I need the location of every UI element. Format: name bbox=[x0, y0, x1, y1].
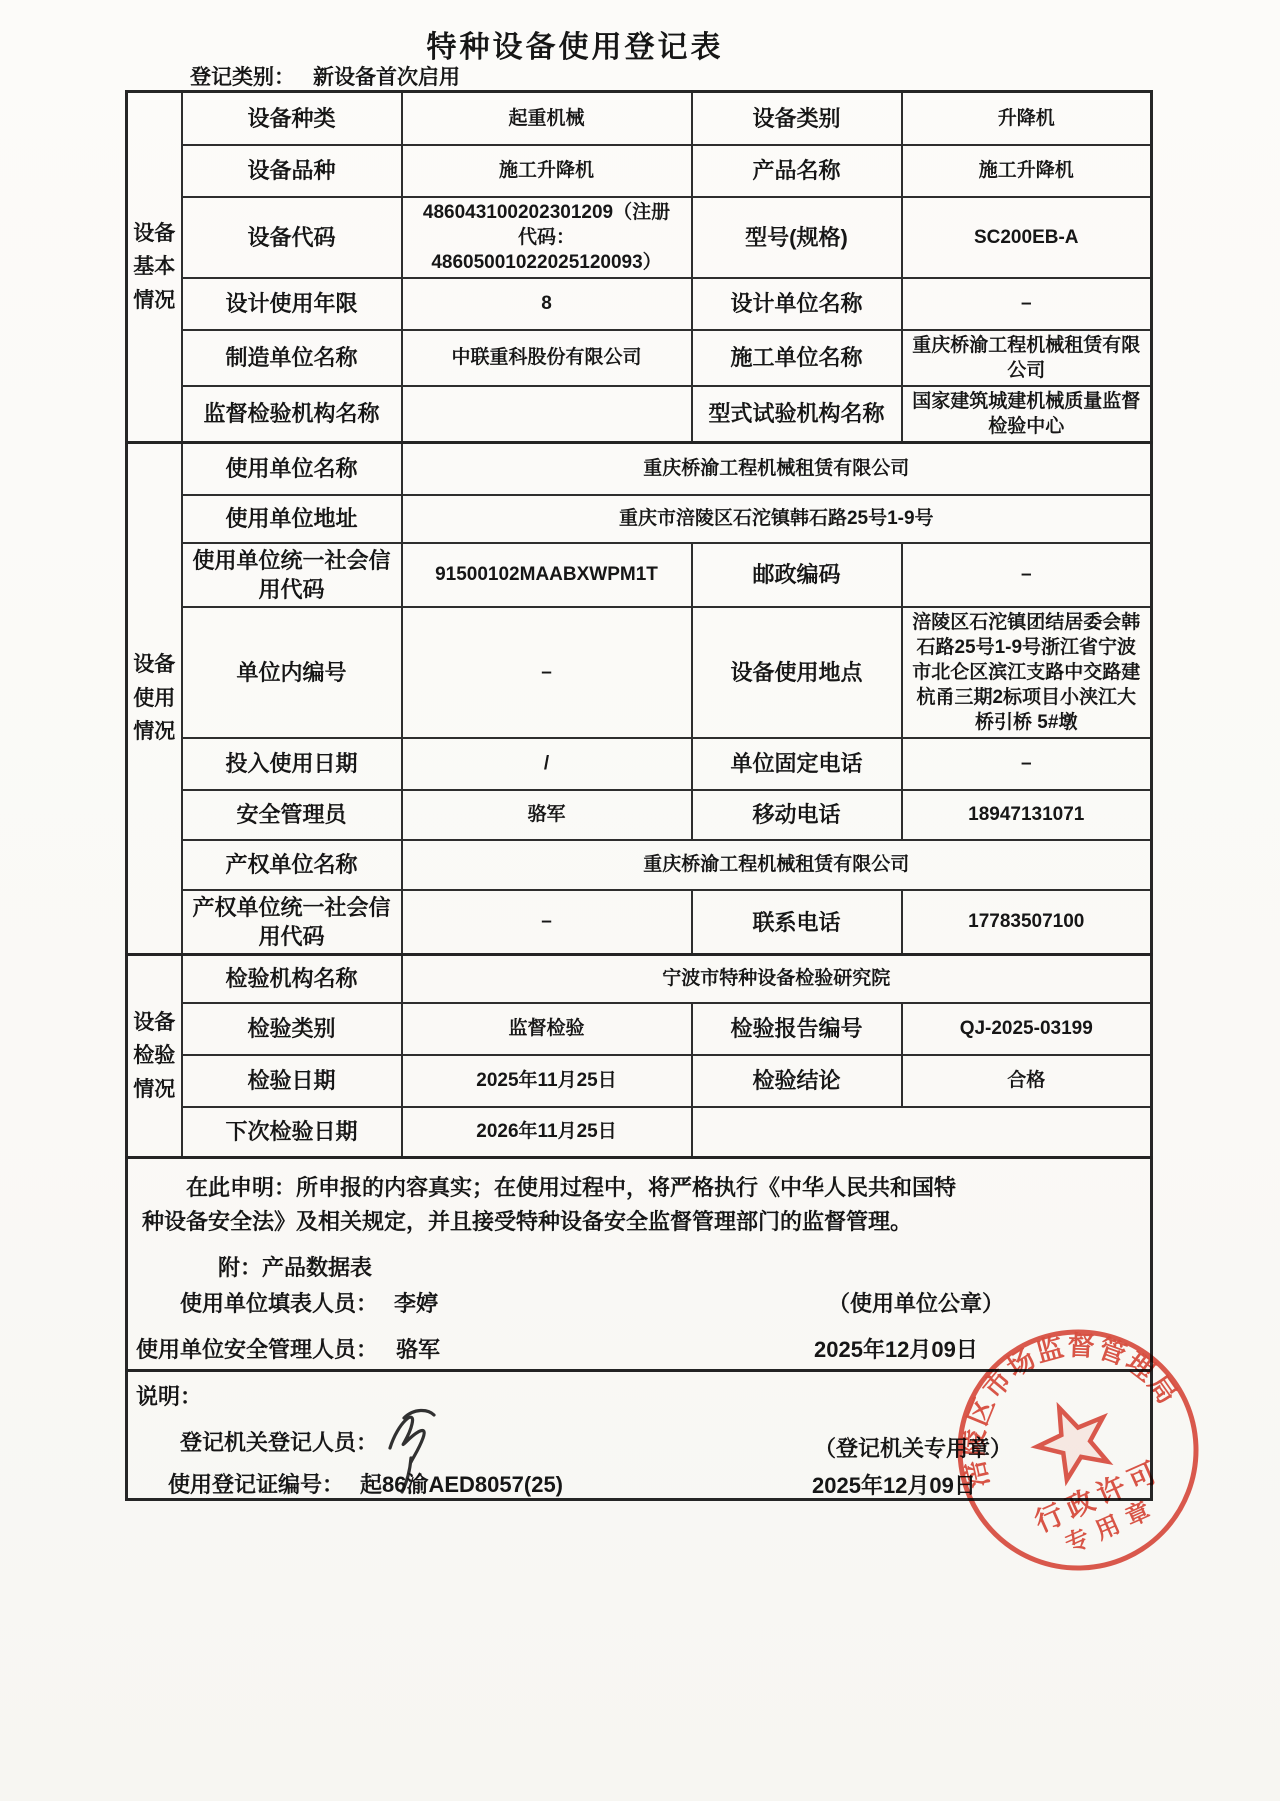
value-postal-code: – bbox=[902, 543, 1152, 607]
label-inspection-type: 检验类别 bbox=[182, 1003, 402, 1055]
label-manufacturer: 制造单位名称 bbox=[182, 330, 402, 386]
value-design-unit: – bbox=[902, 278, 1152, 330]
scanned-registration-form: { "page": { "title": "特种设备使用登记表", "reg_t… bbox=[0, 0, 1280, 1801]
user-unit-seal-note: （使用单位公章） bbox=[828, 1289, 1004, 1318]
note-label: 说明： bbox=[136, 1382, 202, 1411]
label-commissioning-date: 投入使用日期 bbox=[182, 738, 402, 790]
label-landline-phone: 单位固定电话 bbox=[692, 738, 902, 790]
label-user-unit-address: 使用单位地址 bbox=[182, 495, 402, 543]
value-manufacturer: 中联重科股份有限公司 bbox=[402, 330, 692, 386]
label-equipment-variety: 设备品种 bbox=[182, 145, 402, 197]
label-mobile-phone: 移动电话 bbox=[692, 790, 902, 840]
value-inspection-conclusion: 合格 bbox=[902, 1055, 1152, 1107]
section-label-basic-info: 设备基本情况 bbox=[127, 92, 182, 443]
section-label-usage-info: 设备使用情况 bbox=[127, 443, 182, 955]
stamp-star-icon bbox=[1026, 1393, 1120, 1485]
value-user-credit-code: 91500102MAABXWPM1T bbox=[402, 543, 692, 607]
value-contact-phone: 17783507100 bbox=[902, 890, 1152, 955]
value-product-name: 施工升降机 bbox=[902, 145, 1152, 197]
value-usage-location: 涪陵区石沱镇团结居委会韩 石路25号1-9号浙江省宁波 市北仑区滨江支路中交路建… bbox=[902, 607, 1152, 738]
page-title: 特种设备使用登记表 bbox=[0, 22, 1150, 66]
value-owner-unit-name: 重庆桥渝工程机械租赁有限公司 bbox=[402, 840, 1152, 890]
label-user-unit-name: 使用单位名称 bbox=[182, 443, 402, 495]
label-owner-unit-name: 产权单位名称 bbox=[182, 840, 402, 890]
value-user-unit-name: 重庆桥渝工程机械租赁有限公司 bbox=[402, 443, 1152, 495]
label-inspection-agency: 检验机构名称 bbox=[182, 955, 402, 1003]
value-model-spec: SC200EB-A bbox=[902, 197, 1152, 278]
registration-type: 登记类别：新设备首次启用 bbox=[190, 61, 460, 91]
value-equipment-kind: 起重机械 bbox=[402, 92, 692, 145]
value-construction-unit: 重庆桥渝工程机械租赁有限 公司 bbox=[902, 330, 1152, 386]
value-type-test-agency: 国家建筑城建机械质量监督 检验中心 bbox=[902, 386, 1152, 443]
label-safety-manager: 安全管理员 bbox=[182, 790, 402, 840]
value-internal-number: – bbox=[402, 607, 692, 738]
label-construction-unit: 施工单位名称 bbox=[692, 330, 902, 386]
safety-manager-label: 使用单位安全管理人员： bbox=[136, 1337, 378, 1362]
label-design-service-life: 设计使用年限 bbox=[182, 278, 402, 330]
registration-type-value: 新设备首次启用 bbox=[313, 66, 460, 89]
label-inspection-conclusion: 检验结论 bbox=[692, 1055, 902, 1107]
official-red-stamp: 涪陵区市场监督管理局 行政许可 专用章 bbox=[950, 1322, 1206, 1578]
safety-manager-line: 使用单位安全管理人员：骆军 bbox=[136, 1335, 440, 1364]
label-equipment-kind: 设备种类 bbox=[182, 92, 402, 145]
value-equipment-variety: 施工升降机 bbox=[402, 145, 692, 197]
certificate-label: 使用登记证编号： bbox=[168, 1472, 344, 1497]
value-mobile-phone: 18947131071 bbox=[902, 790, 1152, 840]
label-next-inspection-date: 下次检验日期 bbox=[182, 1107, 402, 1158]
value-landline-phone: – bbox=[902, 738, 1152, 790]
registrar-label: 登记机关登记人员： bbox=[180, 1430, 378, 1455]
value-inspection-date: 2025年11月25日 bbox=[402, 1055, 692, 1107]
stamp-graphic: 涪陵区市场监督管理局 行政许可 专用章 bbox=[950, 1322, 1206, 1578]
label-design-unit: 设计单位名称 bbox=[692, 278, 902, 330]
value-equipment-code: 486043100202301209（注册 代码： 48605001022025… bbox=[402, 197, 692, 278]
form-filler-line: 使用单位填表人员：李婷 bbox=[180, 1289, 438, 1318]
declaration-text: 在此申明：所申报的内容真实；在使用过程中，将严格执行《中华人民共和国特 种设备安… bbox=[142, 1171, 1137, 1239]
certificate-number: 起86渝AED8057(25) bbox=[360, 1472, 563, 1497]
value-inspection-type: 监督检验 bbox=[402, 1003, 692, 1055]
label-contact-phone: 联系电话 bbox=[692, 890, 902, 955]
empty-cell bbox=[692, 1107, 1152, 1158]
value-supervision-inspection-agency bbox=[402, 386, 692, 443]
value-next-inspection-date: 2026年11月25日 bbox=[402, 1107, 692, 1158]
registration-type-label: 登记类别： bbox=[190, 66, 295, 89]
label-user-credit-code: 使用单位统一社会信用代码 bbox=[182, 543, 402, 607]
label-model-spec: 型号(规格) bbox=[692, 197, 902, 278]
label-postal-code: 邮政编码 bbox=[692, 543, 902, 607]
label-supervision-inspection-agency: 监督检验机构名称 bbox=[182, 386, 402, 443]
registration-table: 设备基本情况 设备种类 起重机械 设备类别 升降机 设备品种 施工升降机 产品名… bbox=[125, 90, 1153, 1501]
value-user-unit-address: 重庆市涪陵区石沱镇韩石路25号1-9号 bbox=[402, 495, 1152, 543]
value-commissioning-date: / bbox=[402, 738, 692, 790]
safety-manager-name: 骆军 bbox=[396, 1337, 440, 1362]
label-usage-location: 设备使用地点 bbox=[692, 607, 902, 738]
section-label-inspection-info: 设备检验情况 bbox=[127, 955, 182, 1158]
registrar-line: 登记机关登记人员： bbox=[180, 1428, 378, 1457]
value-design-service-life: 8 bbox=[402, 278, 692, 330]
label-type-test-agency: 型式试验机构名称 bbox=[692, 386, 902, 443]
certificate-line: 使用登记证编号：起86渝AED8057(25) bbox=[168, 1470, 563, 1499]
label-inspection-date: 检验日期 bbox=[182, 1055, 402, 1107]
value-safety-manager: 骆军 bbox=[402, 790, 692, 840]
label-owner-credit-code: 产权单位统一社会信用代码 bbox=[182, 890, 402, 955]
value-equipment-category: 升降机 bbox=[902, 92, 1152, 145]
attachment-note: 附：产品数据表 bbox=[218, 1253, 372, 1282]
value-owner-credit-code: – bbox=[402, 890, 692, 955]
label-equipment-category: 设备类别 bbox=[692, 92, 902, 145]
form-filler-label: 使用单位填表人员： bbox=[180, 1291, 378, 1316]
value-inspection-report-no: QJ-2025-03199 bbox=[902, 1003, 1152, 1055]
label-equipment-code: 设备代码 bbox=[182, 197, 402, 278]
label-inspection-report-no: 检验报告编号 bbox=[692, 1003, 902, 1055]
label-internal-number: 单位内编号 bbox=[182, 607, 402, 738]
value-inspection-agency: 宁波市特种设备检验研究院 bbox=[402, 955, 1152, 1003]
form-filler-name: 李婷 bbox=[394, 1291, 438, 1316]
label-product-name: 产品名称 bbox=[692, 145, 902, 197]
